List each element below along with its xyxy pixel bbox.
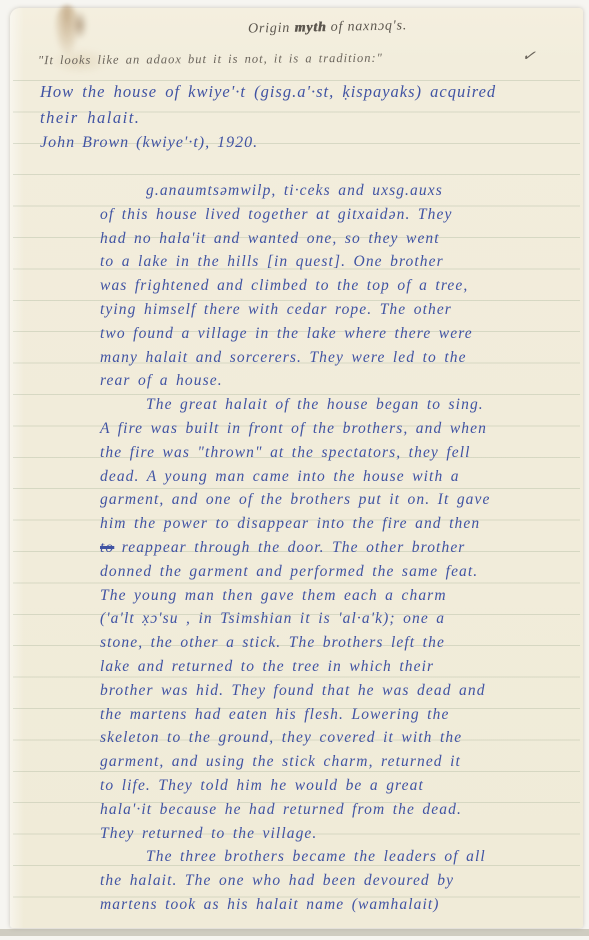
line-text: to a lake in the hills [in quest]. One b…: [100, 253, 444, 270]
pencil-quote-note: "It looks like an adaox but it is not, i…: [38, 51, 383, 68]
page-title: Origin myth of naxnɔq's.: [248, 18, 407, 37]
line-text: A fire was built in front of the brother…: [100, 420, 487, 437]
manuscript-line: of this house lived together at gitxaidə…: [100, 203, 578, 227]
line-text: g.anaumtsəmwilp, ti·ceks and uxsg.auxs: [146, 182, 443, 199]
ink-stain: [72, 10, 88, 40]
line-text: reappear through the door. The other bro…: [122, 539, 466, 556]
line-text: dead. A young man came into the house wi…: [100, 468, 460, 485]
attribution-line: John Brown (kwiye'·t), 1920.: [40, 134, 258, 152]
line-text: The young man then gave them each a char…: [100, 587, 447, 604]
line-text: hala'·it because he had returned from th…: [100, 801, 462, 818]
heading-line-1: How the house of kwiye'·t (gisg.a'·st, ḳ…: [40, 82, 496, 102]
manuscript-line: the fire was "thrown" at the spectators,…: [100, 441, 578, 465]
line-text: two found a village in the lake where th…: [100, 325, 473, 342]
manuscript-line: The great halait of the house began to s…: [100, 393, 578, 417]
manuscript-line: garment, and using the stick charm, retu…: [100, 750, 578, 774]
manuscript-line: rear of a house.: [100, 369, 578, 393]
line-text: stone, the other a stick. The brothers l…: [100, 634, 445, 651]
manuscript-line: The young man then gave them each a char…: [100, 584, 578, 608]
line-text: him the power to disappear into the fire…: [100, 515, 480, 532]
line-text: the fire was "thrown" at the spectators,…: [100, 444, 471, 461]
manuscript-line: him the power to disappear into the fire…: [100, 512, 578, 536]
line-text: tying himself there with cedar rope. The…: [100, 301, 452, 318]
manuscript-line: had no hala'it and wanted one, so they w…: [100, 227, 578, 251]
manuscript-line: g.anaumtsəmwilp, ti·ceks and uxsg.auxs: [100, 179, 578, 203]
manuscript-body: g.anaumtsəmwilp, ti·ceks and uxsg.auxsof…: [100, 179, 578, 917]
manuscript-line: many halait and sorcerers. They were led…: [100, 346, 578, 370]
manuscript-line: to life. They told him he would be a gre…: [100, 774, 578, 798]
manuscript-line: A fire was built in front of the brother…: [100, 417, 578, 441]
title-suffix: of naxnɔq's.: [326, 18, 407, 35]
line-text: the halait. The one who had been devoure…: [100, 872, 454, 889]
manuscript-line: dead. A young man came into the house wi…: [100, 465, 578, 489]
title-overwritten-word: myth: [294, 20, 326, 36]
line-text: many halait and sorcerers. They were led…: [100, 349, 467, 366]
manuscript-line: stone, the other a stick. The brothers l…: [100, 631, 578, 655]
manuscript-line: brother was hid. They found that he was …: [100, 679, 578, 703]
manuscript-line: They returned to the village.: [100, 822, 578, 846]
manuscript-line: ('a'lt x̣ɔ'su , in Tsimshian it is 'al·a…: [100, 607, 578, 631]
manuscript-line: the halait. The one who had been devoure…: [100, 869, 578, 893]
line-text: donned the garment and performed the sam…: [100, 563, 478, 580]
line-text: ('a'lt x̣ɔ'su , in Tsimshian it is 'al·a…: [100, 610, 445, 627]
manuscript-line: donned the garment and performed the sam…: [100, 560, 578, 584]
manuscript-line: hala'·it because he had returned from th…: [100, 798, 578, 822]
scan-background-strip: [0, 929, 589, 936]
struck-out-word: to: [100, 539, 114, 556]
line-text: garment, and one of the brothers put it …: [100, 491, 491, 508]
line-text: The three brothers became the leaders of…: [146, 848, 486, 865]
manuscript-line: tying himself there with cedar rope. The…: [100, 298, 578, 322]
line-text: lake and returned to the tree in which t…: [100, 658, 434, 675]
manuscript-line: The three brothers became the leaders of…: [100, 845, 578, 869]
title-prefix: Origin: [248, 21, 295, 37]
scanned-page: Origin myth of naxnɔq's. "It looks like …: [0, 0, 589, 940]
manuscript-line: was frightened and climbed to the top of…: [100, 274, 578, 298]
manuscript-line: lake and returned to the tree in which t…: [100, 655, 578, 679]
checkmark-icon: ✓: [521, 45, 538, 67]
manuscript-line: to reappear through the door. The other …: [100, 536, 578, 560]
line-text: brother was hid. They found that he was …: [100, 682, 486, 699]
manuscript-line: skeleton to the ground, they covered it …: [100, 726, 578, 750]
manuscript-line: to a lake in the hills [in quest]. One b…: [100, 250, 578, 274]
line-text: garment, and using the stick charm, retu…: [100, 753, 461, 770]
line-text: was frightened and climbed to the top of…: [100, 277, 468, 294]
manuscript-paper: Origin myth of naxnɔq's. "It looks like …: [10, 8, 583, 928]
line-text: skeleton to the ground, they covered it …: [100, 729, 462, 746]
manuscript-line: martens took as his halait name (wamhala…: [100, 893, 578, 917]
manuscript-line: garment, and one of the brothers put it …: [100, 488, 578, 512]
manuscript-line: two found a village in the lake where th…: [100, 322, 578, 346]
line-text: They returned to the village.: [100, 825, 317, 842]
line-text: the martens had eaten his flesh. Lowerin…: [100, 706, 449, 723]
heading-line-2: their halait.: [40, 108, 140, 128]
line-text: rear of a house.: [100, 372, 223, 389]
line-text: had no hala'it and wanted one, so they w…: [100, 230, 440, 247]
line-text: to life. They told him he would be a gre…: [100, 777, 424, 794]
manuscript-line: the martens had eaten his flesh. Lowerin…: [100, 703, 578, 727]
line-text: The great halait of the house began to s…: [146, 396, 484, 413]
line-text: of this house lived together at gitxaidə…: [100, 206, 452, 223]
line-text: martens took as his halait name (wamhala…: [100, 896, 440, 913]
